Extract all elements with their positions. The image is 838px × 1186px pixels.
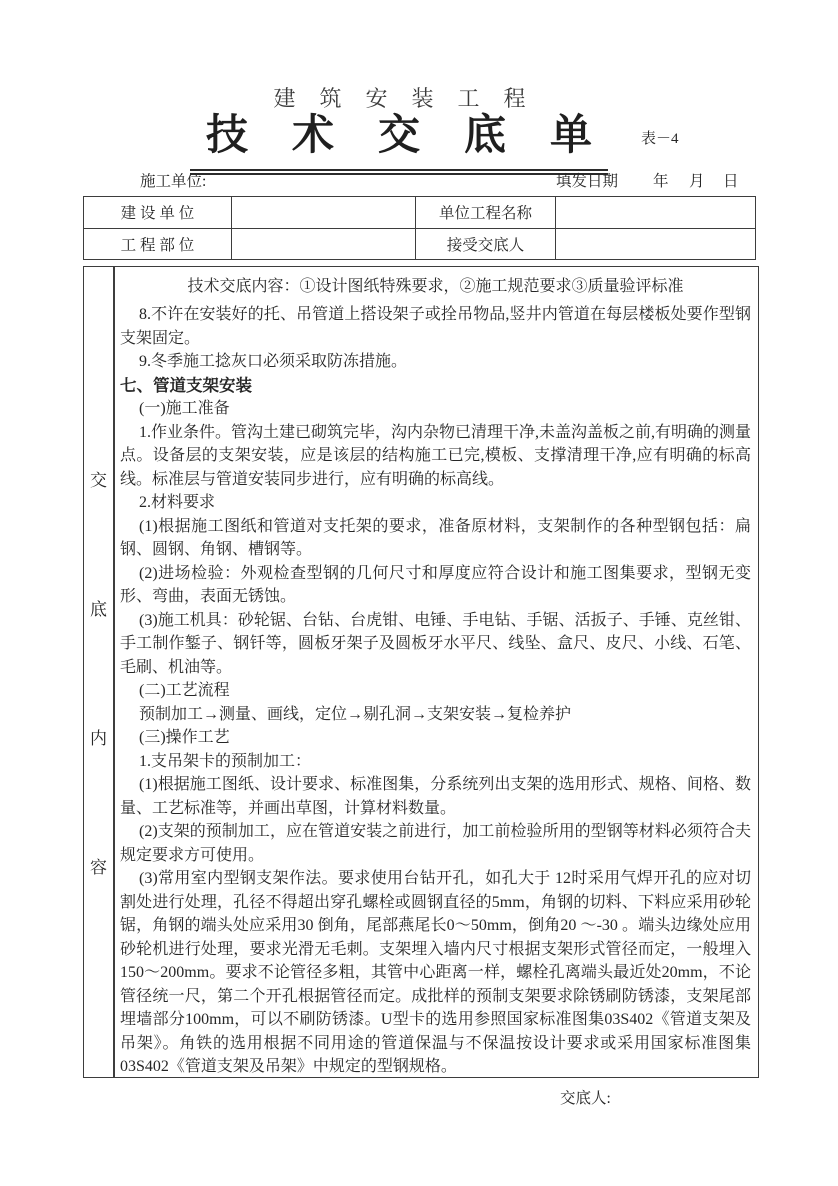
unit-project-name-value-cell xyxy=(556,197,756,229)
content-header-note: 技术交底内容：①设计图纸特殊要求，②施工规范要求③质量验评标准 xyxy=(120,273,751,296)
vertical-side-label: 交 底 内 容 xyxy=(84,267,115,1077)
side-char: 内 xyxy=(90,724,107,749)
content-paragraph: (三)操作工艺 xyxy=(120,726,751,750)
form-title: 技术交底单 xyxy=(206,102,636,162)
side-char: 底 xyxy=(90,595,107,620)
owner-unit-label: 建 设 单 位 xyxy=(84,197,232,229)
disclosure-receiver-value-cell xyxy=(556,229,756,261)
form-number: 表－4 xyxy=(641,127,679,148)
content-paragraph: (一)施工准备 xyxy=(120,397,751,421)
owner-unit-value-cell xyxy=(232,197,416,229)
side-char: 容 xyxy=(90,853,107,878)
side-char: 交 xyxy=(90,466,107,491)
disclosure-content-body: 技术交底内容：①设计图纸特殊要求，②施工规范要求③质量验评标准 8.不许在安装好… xyxy=(115,267,758,1077)
disclosure-content-table: 交 底 内 容 技术交底内容：①设计图纸特殊要求，②施工规范要求③质量验评标准 … xyxy=(83,266,759,1078)
content-paragraph: (二)工艺流程 xyxy=(120,679,751,703)
content-paragraph: 8.不许在安装好的托、吊管道上搭设架子或拴吊物品,竖井内管道在每层楼板处要作型钢… xyxy=(120,303,751,350)
content-paragraph: 1.作业条件。管沟土建已砌筑完毕，沟内杂物已清理干净,未盖沟盖板之前,有明确的测… xyxy=(120,421,751,492)
content-paragraph: (2)进场检验：外观检查型钢的几何尺寸和厚度应符合设计和施工图集要求，型钢无变形… xyxy=(120,562,751,609)
unit-project-name-label: 单位工程名称 xyxy=(416,197,556,229)
content-paragraph: (2)支架的预制加工，应在管道安装之前进行，加工前检验所用的型钢等材料必须符合夫… xyxy=(120,820,751,867)
content-paragraph: 2.材料要求 xyxy=(120,491,751,515)
content-paragraph: 1.支吊架卡的预制加工： xyxy=(120,750,751,774)
day-label: 日 xyxy=(723,169,739,191)
month-label: 月 xyxy=(689,169,705,191)
content-paragraph: 预制加工→测量、画线，定位→剔孔洞→支架安装→复检养护 xyxy=(120,703,751,727)
construction-unit-label: 施工单位: xyxy=(140,169,206,191)
technical-disclosure-form-page: 建筑安装工程 技术交底单 表－4 施工单位: 填发日期 年 月 日 建 设 单 … xyxy=(0,0,838,1186)
content-paragraph: (3)施工机具：砂轮锯、台钻、台虎钳、电锤、手电钻、手锯、活扳子、手锤、克丝钳、… xyxy=(120,609,751,680)
disclosure-receiver-label: 接受交底人 xyxy=(416,229,556,261)
content-paragraph: 9.冬季施工捻灰口必须采取防冻措施。 xyxy=(120,350,751,374)
project-info-table: 建 设 单 位 单位工程名称 工 程 部 位 接受交底人 xyxy=(83,196,756,260)
year-label: 年 xyxy=(653,169,669,191)
content-paragraph: (1)根据施工图纸和管道对支托架的要求，准备原材料，支架制作的各种型钢包括：扁钢… xyxy=(120,515,751,562)
form-title-underline: 技术交底单 xyxy=(190,102,608,175)
project-part-label: 工 程 部 位 xyxy=(84,229,232,261)
content-paragraph: (3)常用室内型钢支架作法。要求使用台钻开孔，如孔大于 12时采用气焊开孔的应对… xyxy=(120,867,751,1077)
content-paragraph: (1)根据施工图纸、设计要求、标准图集，分系统列出支架的选用形式、规格、间格、数… xyxy=(120,773,751,820)
section-heading-pipe-support-install: 七、管道支架安装 xyxy=(120,374,751,398)
fill-date-label: 填发日期 xyxy=(556,169,618,191)
discloser-label: 交底人: xyxy=(560,1086,611,1108)
project-part-value-cell xyxy=(232,229,416,261)
